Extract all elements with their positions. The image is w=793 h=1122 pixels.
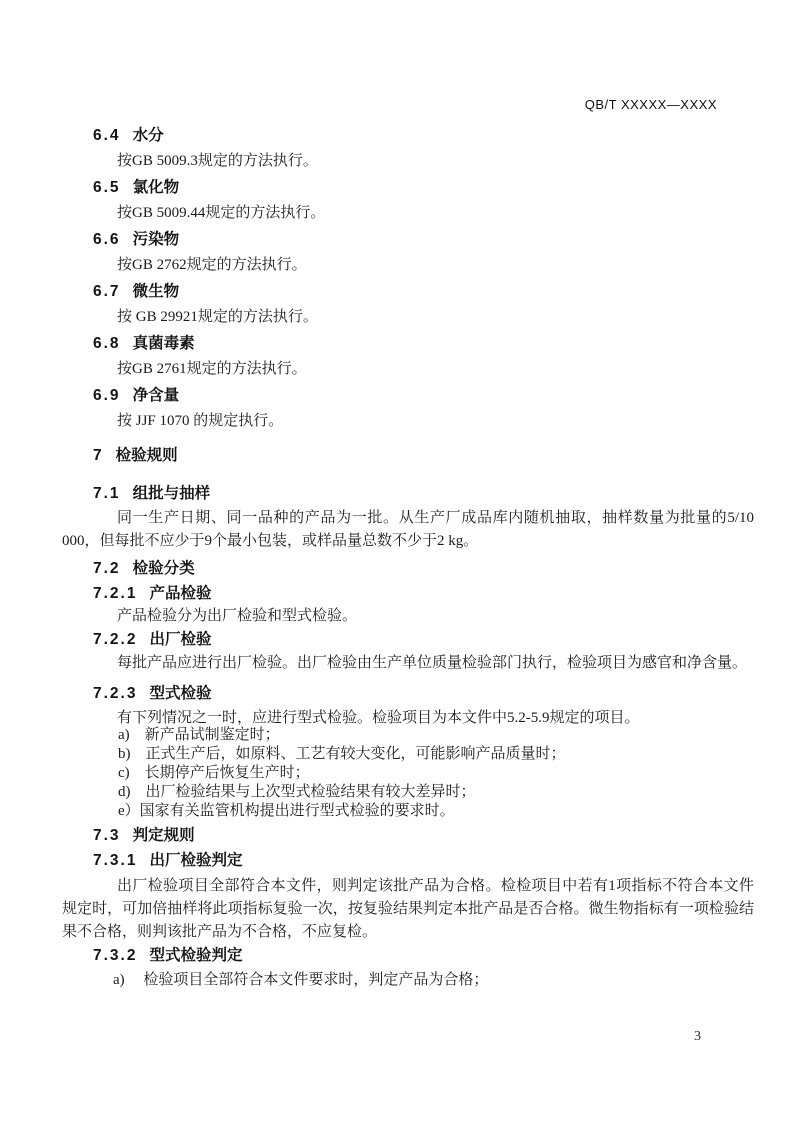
heading-number: 7.1 (93, 485, 121, 502)
heading-number: 6.8 (93, 335, 121, 352)
heading-number: 6.9 (93, 387, 121, 404)
heading-number: 6.7 (93, 283, 121, 300)
heading-7-2-1: 7.2.1产品检验 (93, 582, 754, 605)
heading-title: 出厂检验判定 (149, 852, 242, 869)
heading-6-9: 6.9净含量 (93, 384, 754, 407)
heading-number: 7.3.2 (93, 947, 137, 964)
heading-title: 型式检验判定 (149, 947, 242, 964)
para-6-9: 按 JJF 1070 的规定执行。 (62, 410, 754, 433)
heading-title: 氯化物 (133, 179, 180, 196)
heading-number: 6.4 (93, 127, 121, 144)
heading-number: 7.3 (93, 827, 121, 844)
heading-7-3: 7.3判定规则 (93, 824, 754, 847)
heading-7: 7检验规则 (93, 444, 754, 467)
para-6-5: 按GB 5009.44规定的方法执行。 (62, 202, 754, 225)
heading-7-3-1: 7.3.1出厂检验判定 (93, 849, 754, 872)
document-page: QB/T XXXXX—XXXX 6.4水分 按GB 5009.3规定的方法执行。… (0, 0, 793, 1122)
list-item-a-7-3-2: a) 检验项目全部符合本文件要求时，判定产品为合格； (113, 969, 754, 992)
heading-number: 7 (93, 447, 104, 464)
heading-number: 7.2.3 (93, 685, 137, 702)
heading-number: 6.6 (93, 231, 121, 248)
heading-number: 7.2.1 (93, 585, 137, 602)
heading-7-3-2: 7.3.2型式检验判定 (93, 944, 754, 967)
heading-6-8: 6.8真菌毒素 (93, 332, 754, 355)
heading-number: 7.2 (93, 560, 121, 577)
page-number: 3 (694, 1030, 701, 1044)
heading-title: 水分 (133, 127, 164, 144)
para-6-7: 按 GB 29921规定的方法执行。 (62, 306, 754, 329)
para-7-2-1: 产品检验分为出厂检验和型式检验。 (62, 605, 754, 628)
list-item-b: b) 正式生产后，如原料、工艺有较大变化，可能影响产品质量时； (118, 745, 754, 764)
heading-title: 组批与抽样 (133, 485, 211, 502)
document-body: 6.4水分 按GB 5009.3规定的方法执行。 6.5氯化物 按GB 5009… (62, 122, 754, 992)
type-inspection-conditions-list: a) 新产品试制鉴定时； b) 正式生产后，如原料、工艺有较大变化，可能影响产品… (118, 726, 754, 821)
heading-title: 型式检验 (149, 685, 211, 702)
para-6-6: 按GB 2762规定的方法执行。 (62, 254, 754, 277)
heading-title: 检验分类 (133, 560, 195, 577)
heading-title: 污染物 (133, 231, 180, 248)
para-6-4: 按GB 5009.3规定的方法执行。 (62, 150, 754, 173)
heading-7-2: 7.2检验分类 (93, 557, 754, 580)
para-6-8: 按GB 2761规定的方法执行。 (62, 358, 754, 381)
list-item-d: d) 出厂检验结果与上次型式检验结果有较大差异时； (118, 783, 754, 802)
heading-7-2-2: 7.2.2出厂检验 (93, 628, 754, 651)
doc-code-header: QB/T XXXXX—XXXX (585, 98, 717, 111)
list-item-e: e）国家有关监管机构提出进行型式检验的要求时。 (118, 802, 754, 821)
heading-number: 7.3.1 (93, 852, 137, 869)
heading-title: 微生物 (133, 283, 180, 300)
heading-title: 判定规则 (133, 827, 195, 844)
para-7-3-1: 出厂检验项目全部符合本文件，则判定该批产品为合格。检检项目中若有1项指标不符合本… (62, 875, 754, 944)
heading-7-1: 7.1组批与抽样 (93, 482, 754, 505)
para-7-1: 同一生产日期、同一品种的产品为一批。从生产厂成品库内随机抽取，抽样数量为批量的5… (62, 507, 754, 553)
heading-6-4: 6.4水分 (93, 124, 754, 147)
para-7-2-2: 每批产品应进行出厂检验。出厂检验由生产单位质量检验部门执行，检验项目为感官和净含… (62, 652, 754, 675)
heading-number: 7.2.2 (93, 631, 137, 648)
heading-title: 真菌毒素 (133, 335, 195, 352)
heading-number: 6.5 (93, 179, 121, 196)
heading-7-2-3: 7.2.3型式检验 (93, 682, 754, 705)
heading-6-5: 6.5氯化物 (93, 176, 754, 199)
heading-title: 出厂检验 (149, 631, 211, 648)
heading-6-7: 6.7微生物 (93, 280, 754, 303)
heading-title: 检验规则 (116, 447, 178, 464)
list-item-c: c) 长期停产后恢复生产时； (118, 764, 754, 783)
heading-6-6: 6.6污染物 (93, 228, 754, 251)
heading-title: 产品检验 (149, 585, 211, 602)
heading-title: 净含量 (133, 387, 180, 404)
